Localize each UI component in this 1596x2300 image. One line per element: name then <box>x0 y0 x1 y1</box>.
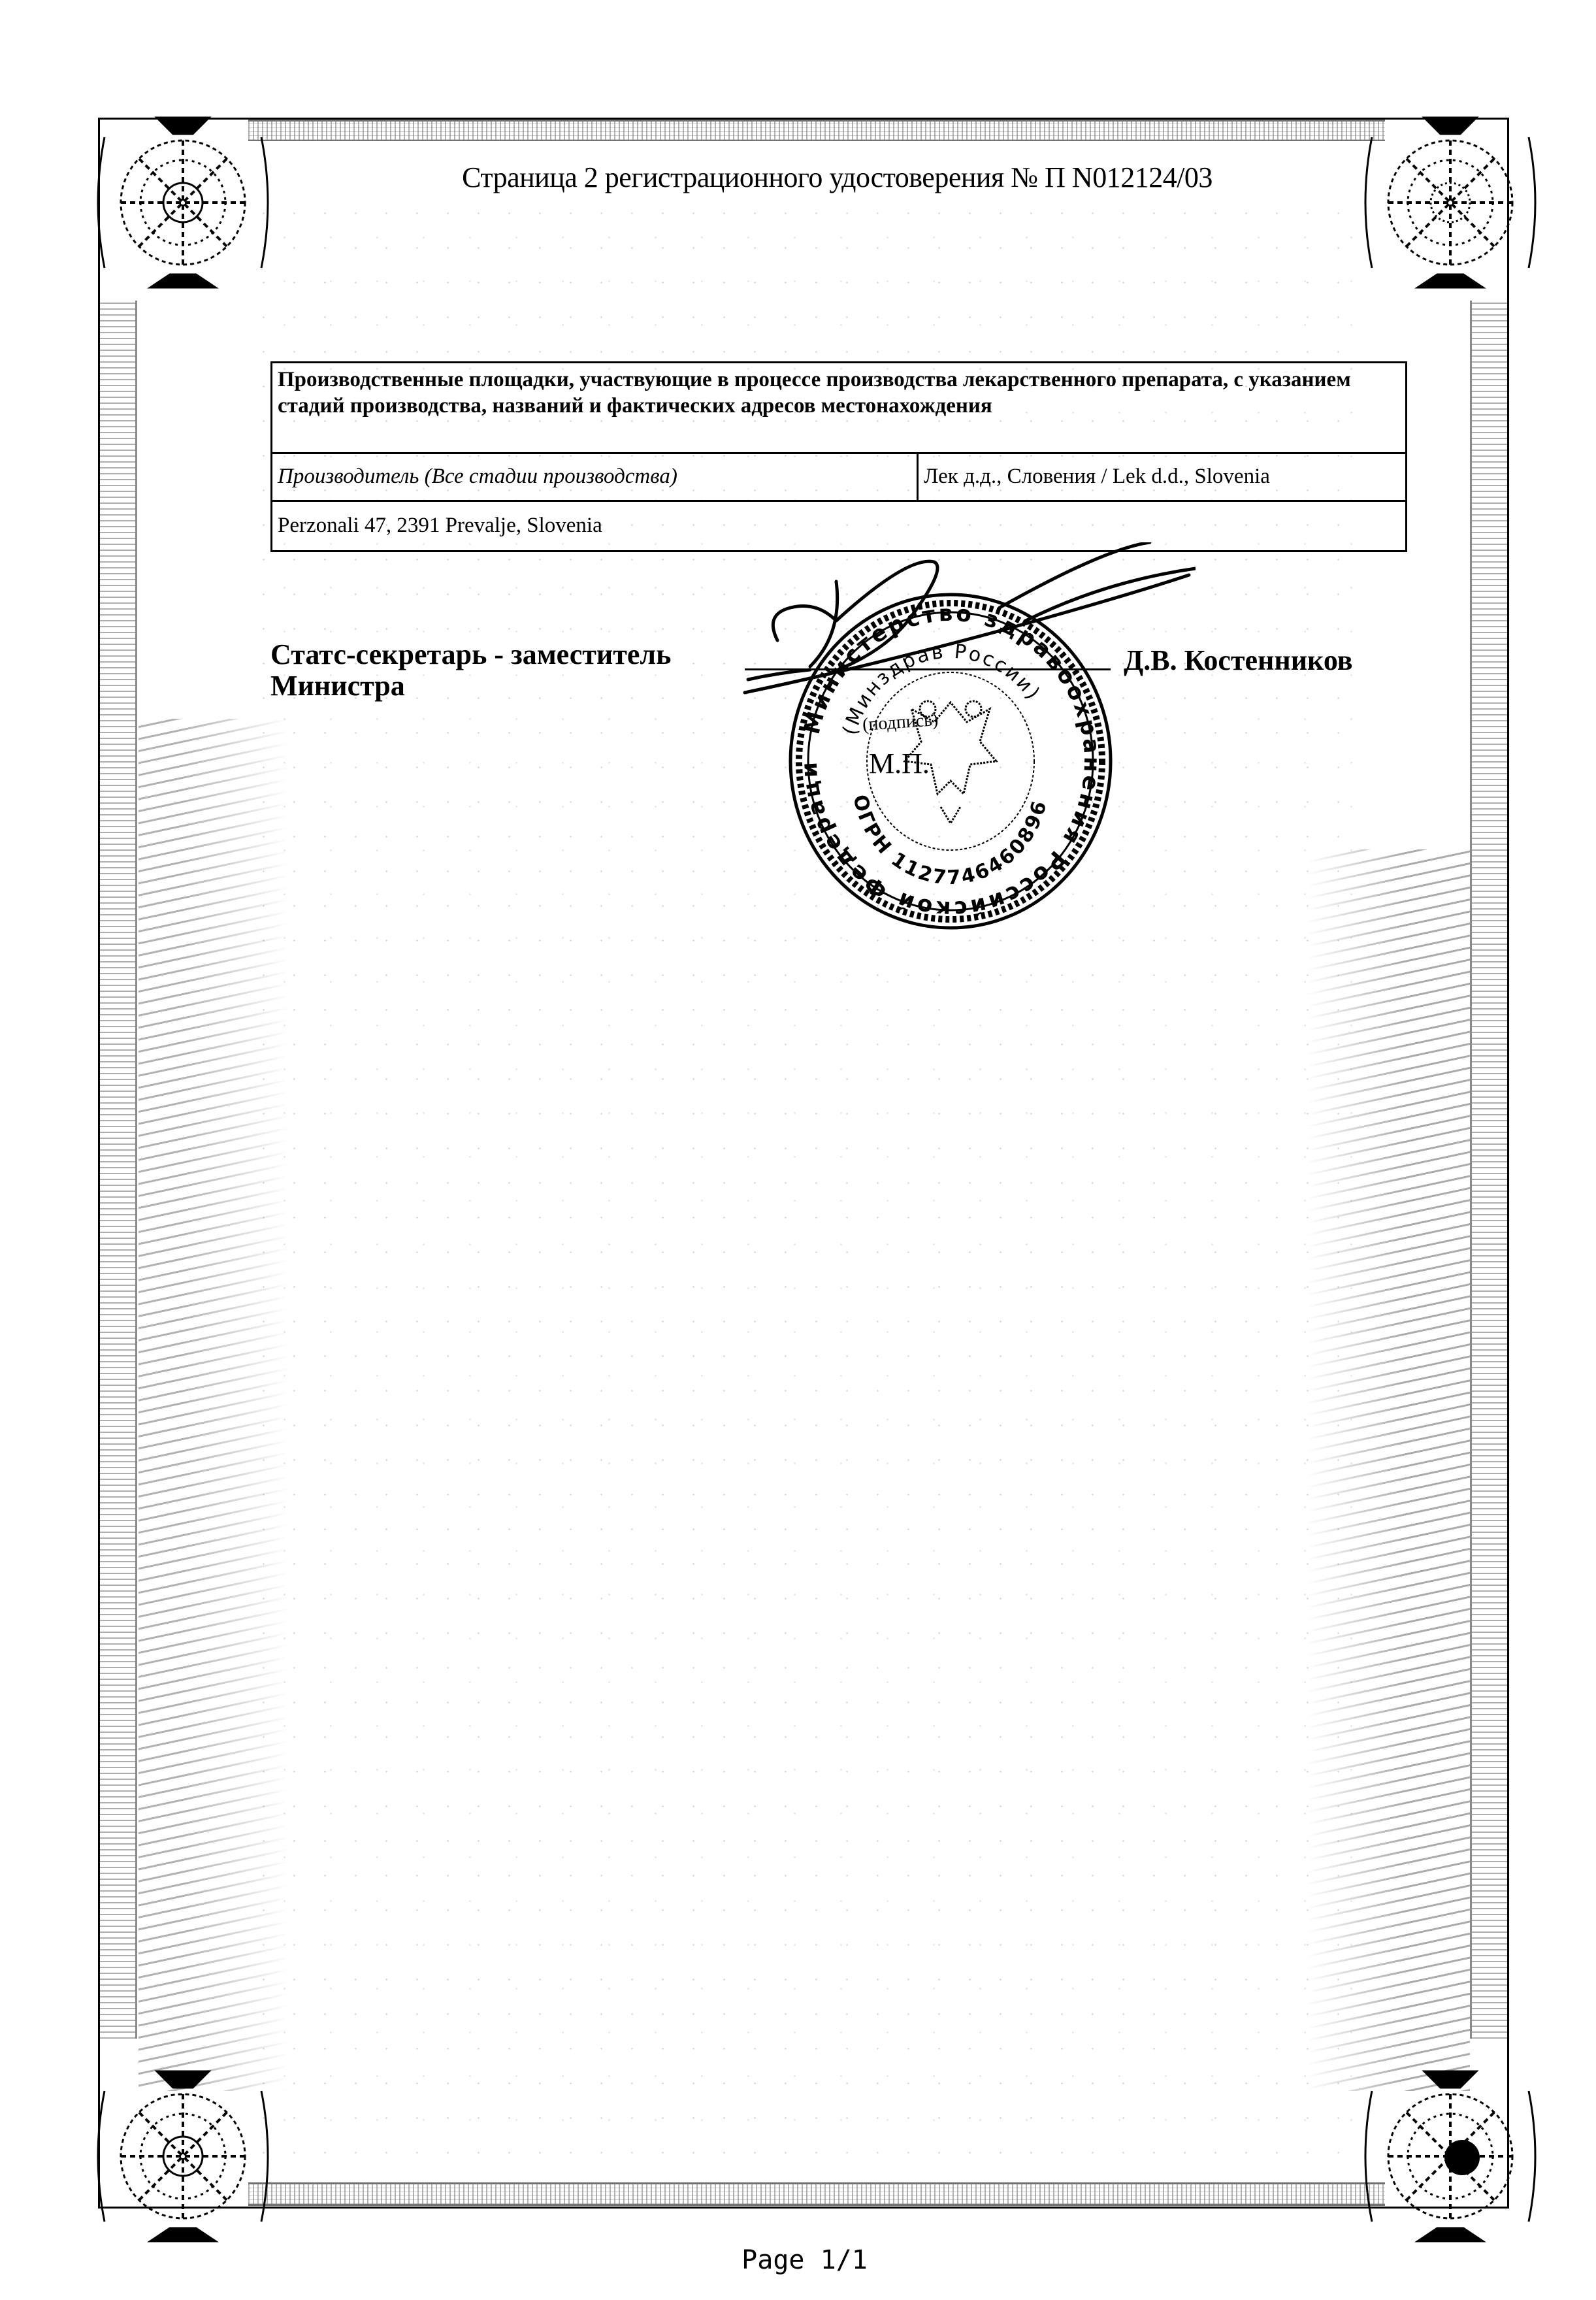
frame-guilloche-top <box>248 119 1385 141</box>
guilloche-wave-left <box>138 719 289 2091</box>
manufacturer-role: Производитель (Все стадии производства) <box>272 453 918 501</box>
handwritten-signature <box>738 542 1196 738</box>
frame-guilloche-bottom <box>248 2182 1385 2206</box>
signatory-title-line2: Министра <box>270 670 728 702</box>
manufacturer-name: Лек д.д., Словения / Lek d.d., Slovenia <box>918 453 1407 501</box>
corner-rosette-icon <box>1346 2052 1555 2261</box>
corner-rosette-icon <box>78 2052 287 2261</box>
seal-placeholder-label: М.П. <box>869 747 930 780</box>
signatory-title: Статс-секретарь - заместитель Министра <box>270 639 728 702</box>
table-row: Производитель (Все стадии производства) … <box>272 453 1407 501</box>
page-header: Страница 2 регистрационного удостоверени… <box>0 161 1596 194</box>
table-heading: Производственные площадки, участвующие в… <box>272 363 1407 453</box>
signatory-title-line1: Статс-секретарь - заместитель <box>270 639 728 670</box>
guilloche-wave-right <box>1307 849 1470 2091</box>
manufacturing-sites-table: Производственные площадки, участвующие в… <box>270 361 1407 552</box>
frame-guilloche-left <box>98 301 137 2039</box>
table-header-row: Производственные площадки, участвующие в… <box>272 363 1407 453</box>
corner-rosette-icon <box>1346 98 1555 307</box>
frame-guilloche-right <box>1470 301 1509 2039</box>
page-footer: Page 1/1 <box>0 2245 1596 2275</box>
corner-rosette-icon <box>78 98 287 307</box>
